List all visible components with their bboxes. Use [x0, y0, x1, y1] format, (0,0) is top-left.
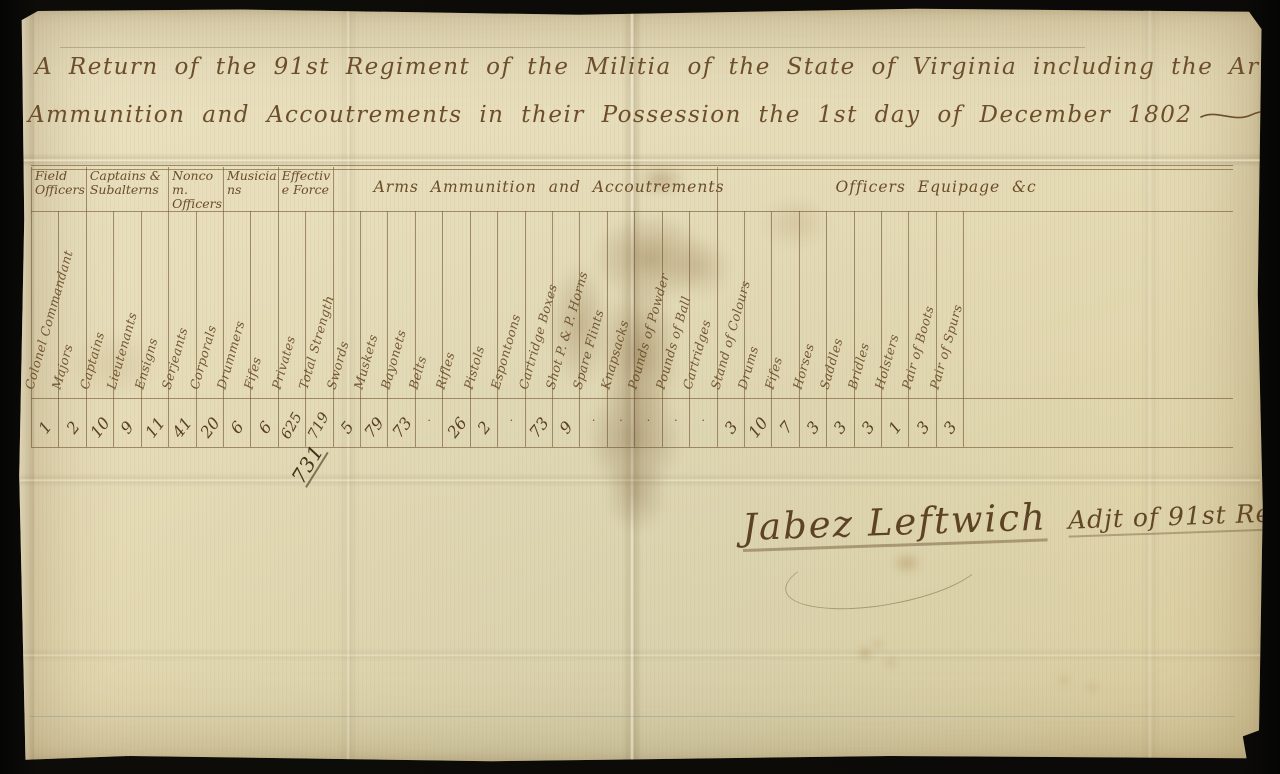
table-column: Cartridges· — [689, 211, 716, 447]
column-value: 79 — [360, 414, 388, 442]
column-value: 3 — [802, 418, 823, 438]
column-value: 6 — [227, 418, 248, 438]
table-column: Horses3 — [799, 211, 826, 447]
column-value: 6 — [254, 418, 275, 438]
column-value: 73 — [388, 414, 416, 442]
header-group: Captains & Subalterns — [86, 167, 168, 211]
column-value: 2 — [62, 418, 83, 438]
column-value: · — [427, 414, 431, 427]
table-column: Pounds of Ball· — [662, 211, 689, 447]
header-group: Noncom. Officers — [168, 167, 223, 211]
column-value: 719 — [306, 410, 333, 442]
column-value: 26 — [443, 414, 471, 442]
column-value: · — [674, 414, 678, 427]
table-column: Pair of Boots3 — [908, 211, 935, 447]
column-value: 3 — [857, 418, 878, 438]
table-column: Pair of Spurs3 — [936, 211, 963, 447]
table-column: Espontoons· — [497, 211, 524, 447]
column-value: 10 — [86, 414, 114, 442]
table-column: Cartridge Boxes73 — [525, 211, 552, 447]
column-value: 10 — [744, 414, 772, 442]
table-column: Belts· — [415, 211, 442, 447]
table-column: Swords5 — [333, 211, 360, 447]
table-column: Corporals20 — [196, 211, 223, 447]
column-value: 3 — [720, 418, 741, 438]
column-value: 1 — [885, 418, 906, 438]
table-column: Drummers6 — [223, 211, 250, 447]
column-value: · — [619, 414, 623, 427]
table-column: Knapsacks· — [607, 211, 634, 447]
column-value: 3 — [830, 418, 851, 438]
signature-role: Adjt of 91st Regt — [1068, 498, 1280, 535]
table-column: Spare Flints· — [579, 211, 606, 447]
column-value: 3 — [912, 418, 933, 438]
table-column: Ensigns11 — [141, 211, 168, 447]
table-column: Shot P. & P. Horns9 — [552, 211, 579, 447]
column-value: · — [702, 414, 706, 427]
table-column: Drums10 — [744, 211, 771, 447]
header-group: Musicians — [223, 167, 278, 211]
table-column: Captains10 — [86, 211, 113, 447]
header-group: Field Officers — [31, 167, 86, 211]
table-column: Total Strength719 — [305, 211, 332, 447]
column-value: 9 — [556, 418, 577, 438]
column-value: 7 — [775, 418, 796, 438]
column-value: · — [647, 414, 651, 427]
header-group: Officers Equipage &c — [717, 167, 964, 211]
return-table: 731 Colonel Commandant1Majors2Captains10… — [0, 0, 1280, 774]
column-value: · — [510, 414, 514, 427]
column-value: 20 — [196, 414, 224, 442]
table-column: Holsters1 — [881, 211, 908, 447]
table-column: Lieutenants9 — [113, 211, 140, 447]
table-column: Pistols2 — [470, 211, 497, 447]
column-value: 11 — [141, 414, 169, 442]
table-column: Fifes7 — [771, 211, 798, 447]
column-value: 3 — [939, 418, 960, 438]
table-column: Majors2 — [58, 211, 85, 447]
table-bottom-line — [31, 447, 1233, 448]
header-group: Arms Ammunition and Accoutrements — [333, 167, 717, 211]
table-column: Saddles3 — [826, 211, 853, 447]
column-value: 5 — [336, 418, 357, 438]
scanned-document: A Return of the 91st Regiment of the Mil… — [0, 0, 1280, 774]
column-value: 1 — [35, 418, 56, 438]
table-column: Bridles3 — [854, 211, 881, 447]
table-column: Bayonets73 — [387, 211, 414, 447]
table-column: Fifes6 — [250, 211, 277, 447]
paper-sheet: A Return of the 91st Regiment of the Mil… — [18, 8, 1264, 762]
column-value: · — [592, 414, 596, 427]
table-column: Privates625 — [278, 211, 305, 447]
table-column: Muskets79 — [360, 211, 387, 447]
column-value: 2 — [473, 418, 494, 438]
header-group: Effective Force — [278, 167, 333, 211]
table-top-line — [31, 165, 1233, 166]
table-column: Colonel Commandant1 — [31, 211, 58, 447]
table-column: Pounds of Powder· — [634, 211, 661, 447]
column-value: 73 — [525, 414, 553, 442]
column-value: 9 — [117, 418, 138, 438]
table-column: Rifles26 — [442, 211, 469, 447]
table-column: Serjeants41 — [168, 211, 195, 447]
table-column: Stand of Colours3 — [717, 211, 744, 447]
column-value: 41 — [169, 414, 197, 442]
column-value: 625 — [278, 410, 305, 442]
